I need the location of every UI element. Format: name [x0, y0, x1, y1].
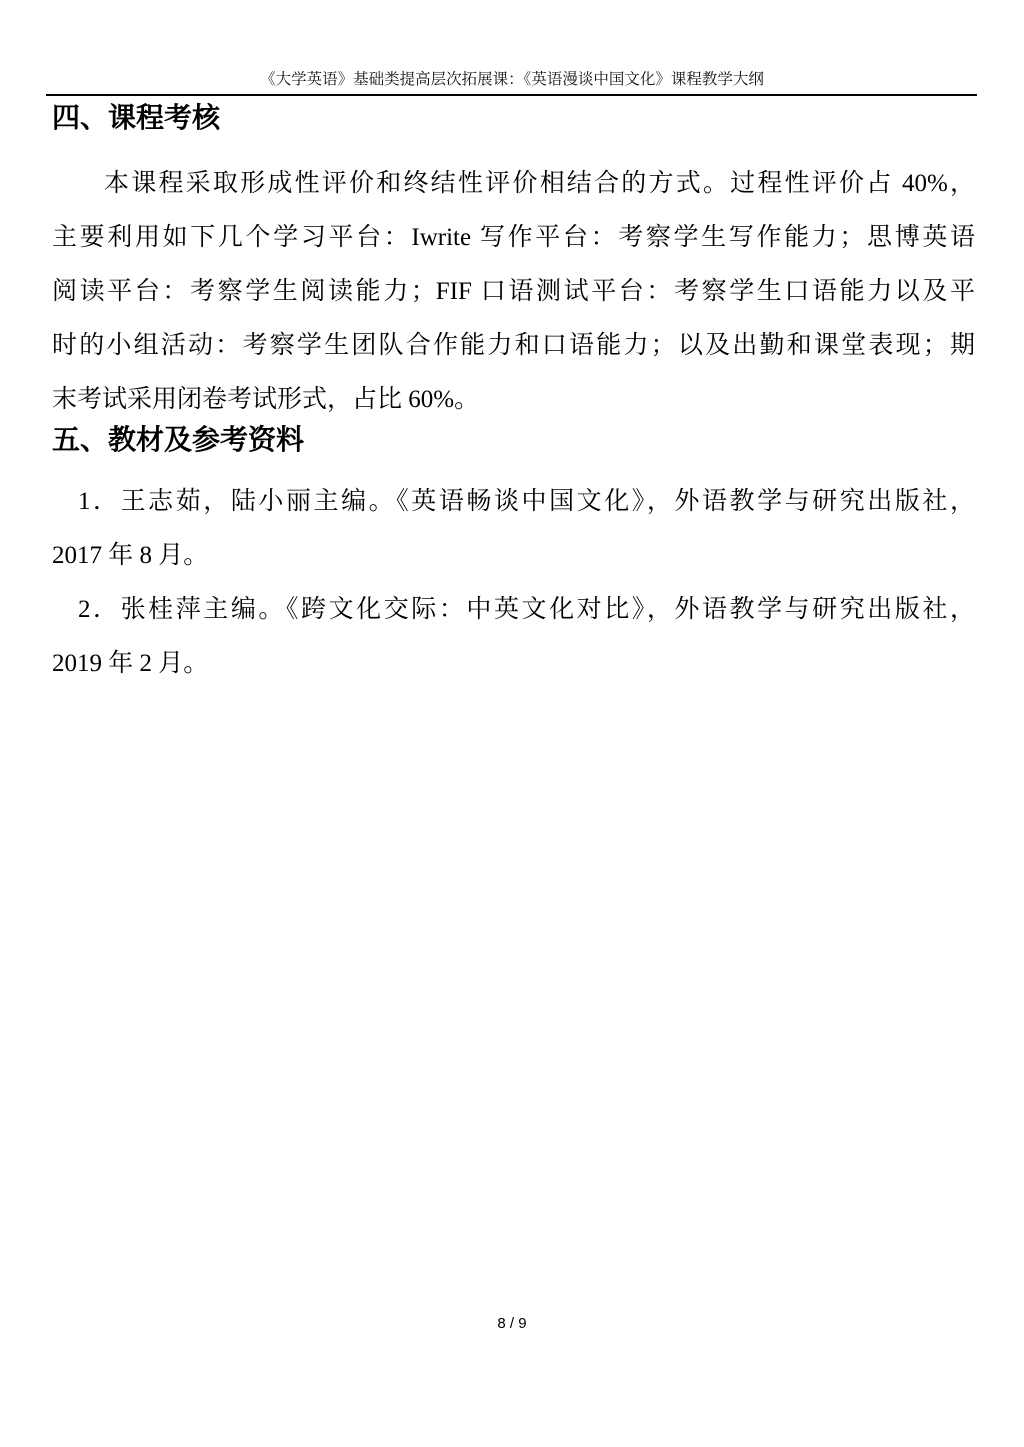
assessment-paragraph: 本课程采取形成性评价和终结性评价相结合的方式。过程性评价占 40%， 主要利用如…	[52, 157, 975, 427]
reference-line: 1．王志茹，陆小丽主编。《英语畅谈中国文化》，外语教学与研究出版社，	[52, 475, 975, 529]
reference-line: 2019 年 2 月。	[52, 637, 975, 691]
reference-line: 2017 年 8 月。	[52, 529, 975, 583]
reference-line: 2．张桂萍主编。《跨文化交际：中英文化对比》，外语教学与研究出版社，	[52, 583, 975, 637]
reference-item-2: 2．张桂萍主编。《跨文化交际：中英文化对比》，外语教学与研究出版社， 2019 …	[52, 583, 975, 691]
paragraph-line: 主要利用如下几个学习平台：Iwrite 写作平台：考察学生写作能力；思博英语	[52, 211, 975, 265]
paragraph-line: 本课程采取形成性评价和终结性评价相结合的方式。过程性评价占 40%，	[52, 157, 975, 211]
reference-item-1: 1．王志茹，陆小丽主编。《英语畅谈中国文化》，外语教学与研究出版社， 2017 …	[52, 475, 975, 583]
running-header: 《大学英语》基础类提高层次拓展课：《英语漫谈中国文化》课程教学大纲	[0, 70, 1024, 90]
running-header-title: 《大学英语》基础类提高层次拓展课：《英语漫谈中国文化》课程教学大纲	[260, 71, 764, 88]
paragraph-line: 阅读平台：考察学生阅读能力；FIF 口语测试平台：考察学生口语能力以及平	[52, 265, 975, 319]
header-divider-rule	[46, 94, 977, 96]
page-footer: 8 / 9	[0, 1314, 1024, 1334]
document-page: 《大学英语》基础类提高层次拓展课：《英语漫谈中国文化》课程教学大纲 四、课程考核…	[0, 0, 1024, 1447]
section-heading-materials: 五、教材及参考资料	[52, 419, 304, 461]
section-heading-assessment: 四、课程考核	[52, 97, 220, 139]
paragraph-line: 时的小组活动：考察学生团队合作能力和口语能力；以及出勤和课堂表现；期	[52, 319, 975, 373]
page-number: 8 / 9	[497, 1315, 526, 1332]
